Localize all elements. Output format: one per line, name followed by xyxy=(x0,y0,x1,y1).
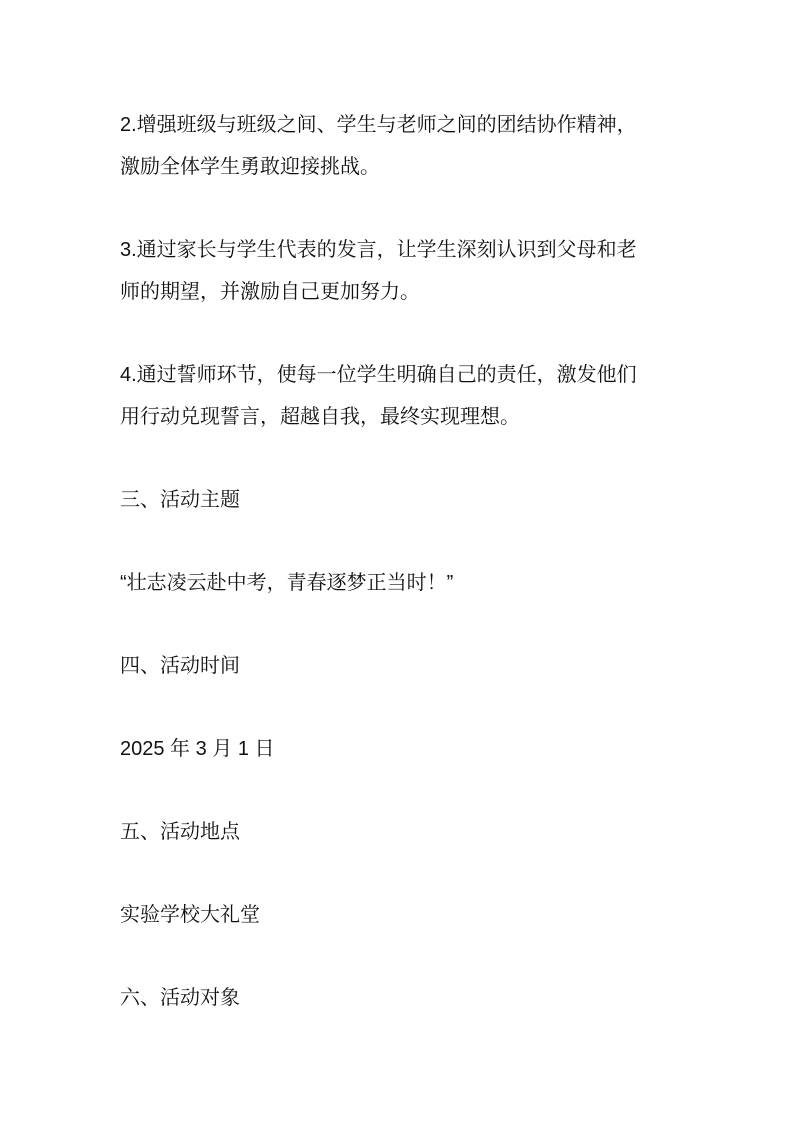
paragraph-line: 用行动兑现誓言，超越自我，最终实现理想。 xyxy=(120,396,680,438)
section-heading-audience: 六、活动对象 xyxy=(120,977,680,1019)
paragraph-line: 师的期望，并激励自己更加努力。 xyxy=(120,271,680,313)
time-text: 2025 年 3 月 1 日 xyxy=(120,728,680,770)
section-heading-time: 四、活动时间 xyxy=(120,645,680,687)
paragraph-line: 3.通过家长与学生代表的发言，让学生深刻认识到父母和老 xyxy=(120,229,680,271)
location-text: 实验学校大礼堂 xyxy=(120,894,680,936)
section-heading-location: 五、活动地点 xyxy=(120,811,680,853)
document-page: 2.增强班级与班级之间、学生与老师之间的团结协作精神， 激励全体学生勇敢迎接挑战… xyxy=(0,0,793,1122)
section-heading-theme: 三、活动主题 xyxy=(120,479,680,521)
objective-paragraph-4: 4.通过誓师环节，使每一位学生明确自己的责任，激发他们 用行动兑现誓言，超越自我… xyxy=(120,354,680,438)
objective-paragraph-2: 2.增强班级与班级之间、学生与老师之间的团结协作精神， 激励全体学生勇敢迎接挑战… xyxy=(120,104,680,188)
objective-paragraph-3: 3.通过家长与学生代表的发言，让学生深刻认识到父母和老 师的期望，并激励自己更加… xyxy=(120,229,680,313)
paragraph-line: 2.增强班级与班级之间、学生与老师之间的团结协作精神， xyxy=(120,104,680,146)
paragraph-line: 4.通过誓师环节，使每一位学生明确自己的责任，激发他们 xyxy=(120,354,680,396)
paragraph-line: 激励全体学生勇敢迎接挑战。 xyxy=(120,146,680,188)
theme-text: “壮志凌云赴中考，青春逐梦正当时！” xyxy=(120,562,680,604)
